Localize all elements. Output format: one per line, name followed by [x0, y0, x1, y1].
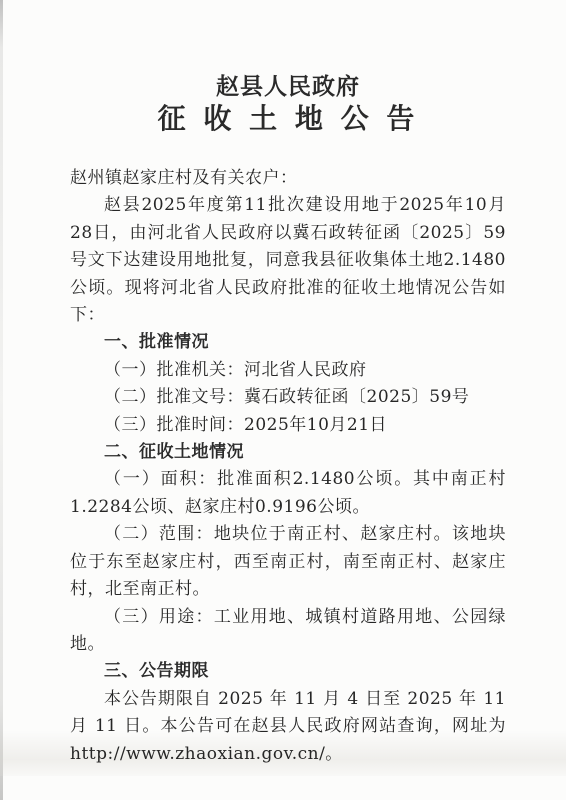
intro-paragraph: 赵县2025年度第11批次建设用地于2025年10月28日，由河北省人民政府以冀… — [70, 192, 506, 329]
document-content: 赵县人民政府 征 收 土 地 公 告 赵州镇赵家庄村及有关农户： 赵县2025年… — [70, 74, 506, 768]
issuer-title: 赵县人民政府 — [70, 74, 506, 100]
approval-authority-item: （一）批准机关：河北省人民政府 — [70, 357, 506, 384]
announcement-period-paragraph: 本公告期限自 2025 年 11 月 4 日至 2025 年 11 月 11 日… — [70, 686, 506, 768]
land-scope-item: （二）范围：地块位于南正村、赵家庄村。该地块位于东至赵家庄村，西至南正村，南至南… — [70, 521, 506, 603]
scan-left-edge-artifact — [0, 0, 3, 800]
document-title: 征 收 土 地 公 告 — [70, 103, 506, 135]
approval-date-item: （三）批准时间：2025年10月21日 — [70, 412, 506, 439]
document-body: 赵州镇赵家庄村及有关农户： 赵县2025年度第11批次建设用地于2025年10月… — [70, 165, 506, 768]
section-land-expropriation-heading: 二、征收土地情况 — [70, 439, 506, 466]
salutation: 赵州镇赵家庄村及有关农户： — [70, 165, 506, 192]
section-announcement-period-heading: 三、公告期限 — [70, 658, 506, 685]
land-use-item: （三）用途：工业用地、城镇村道路用地、公园绿地。 — [70, 604, 506, 659]
section-approval-heading: 一、批准情况 — [70, 329, 506, 356]
land-area-item: （一）面积：批准面积2.1480公顷。其中南正村1.2284公顷、赵家庄村0.9… — [70, 466, 506, 521]
approval-document-number-item: （二）批准文号：冀石政转征函〔2025〕59号 — [70, 384, 506, 411]
scanned-announcement-page: 赵县人民政府 征 收 土 地 公 告 赵州镇赵家庄村及有关农户： 赵县2025年… — [0, 0, 566, 800]
